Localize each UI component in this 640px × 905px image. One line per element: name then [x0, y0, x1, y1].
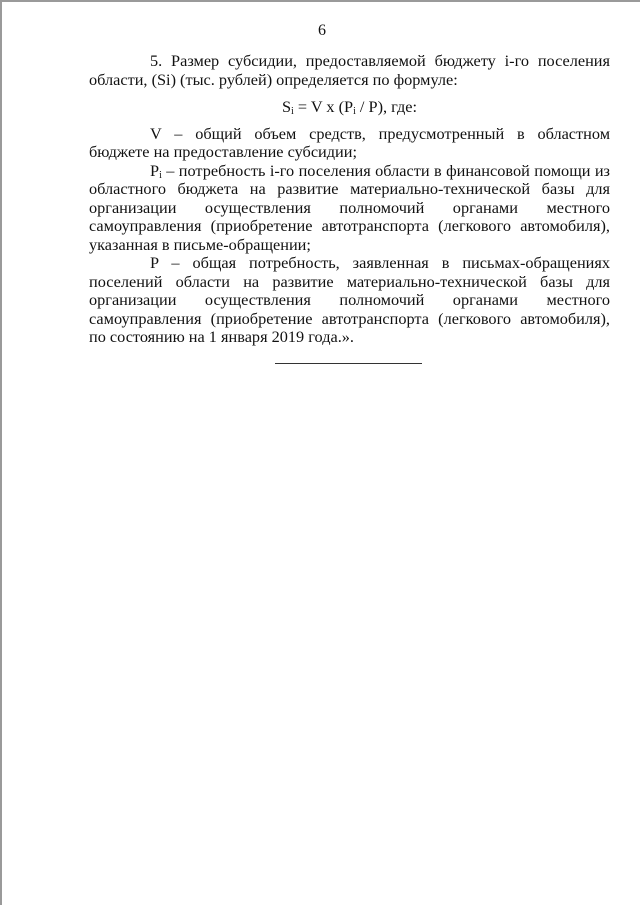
- definition-v: V – общий объем средств, предусмотренный…: [89, 125, 610, 162]
- definition-text: – потребность i-го поселения области в ф…: [89, 161, 610, 254]
- subsidy-formula: Si = V x (Pi / P), где:: [89, 98, 610, 117]
- document-body: 5. Размер субсидии, предоставляемой бюдж…: [89, 52, 610, 347]
- formula-middle: = V x (P: [294, 97, 353, 116]
- paragraph-5: 5. Размер субсидии, предоставляемой бюдж…: [89, 52, 610, 89]
- definition-p: P – общая потребность, заявленная в пись…: [89, 254, 610, 347]
- formula-rhs: / P), где:: [356, 97, 417, 116]
- page-number: 6: [2, 22, 640, 40]
- definition-symbol-letter: P: [150, 161, 159, 180]
- formula-lhs: S: [282, 97, 291, 116]
- document-page: 6 5. Размер субсидии, предоставляемой бю…: [0, 0, 640, 905]
- definition-symbol: V: [150, 124, 161, 143]
- definition-text: – общая потребность, заявленная в письма…: [89, 253, 610, 346]
- end-of-text-rule: [275, 363, 422, 364]
- definition-pi: Pi – потребность i-го поселения области …: [89, 162, 610, 255]
- definition-symbol: Pi: [150, 161, 162, 180]
- definition-text: – общий объем средств, предусмотренный в…: [89, 124, 610, 162]
